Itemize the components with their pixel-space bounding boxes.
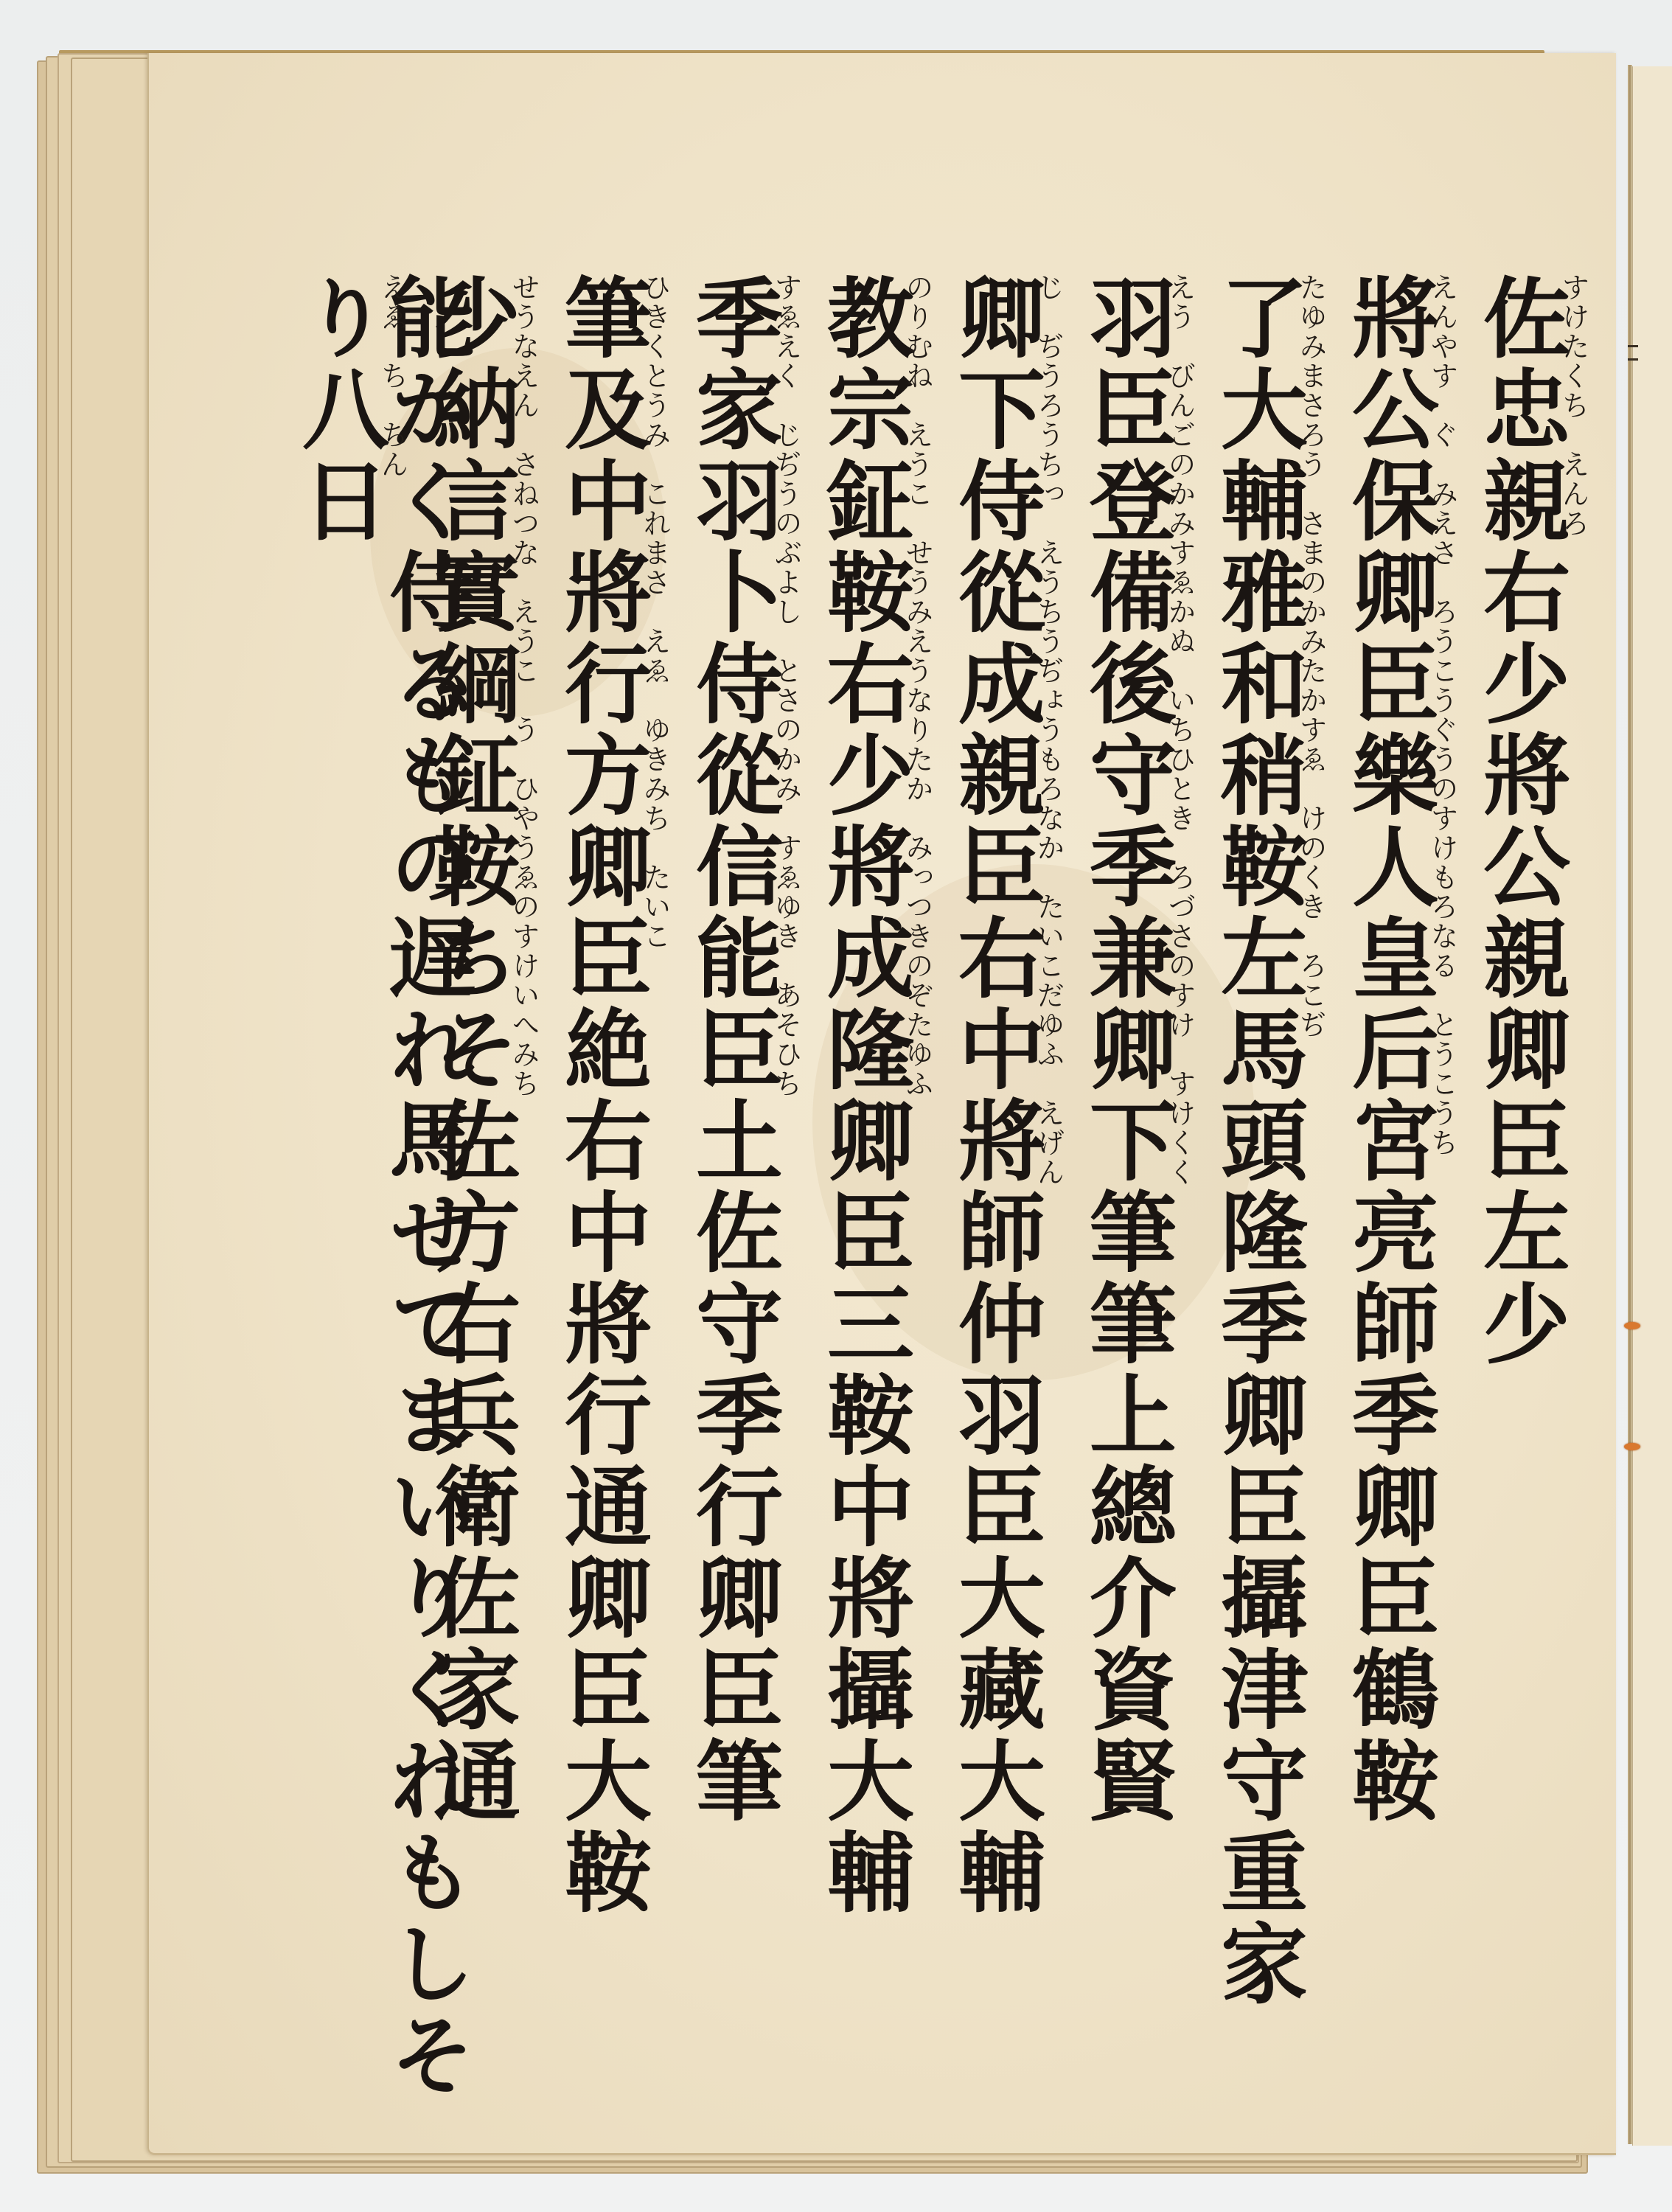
column-furigana: ひきくとうみ これまさ えゑ ゆきみち たいこ (640, 273, 669, 951)
column-furigana: えう びんごのかみすゑかぬ いちひとき ろづさのすけ すけくく (1165, 273, 1194, 1187)
binding-thread-knot (1624, 1322, 1640, 1329)
binding-tick-mark (1628, 345, 1638, 347)
column-furigana: えゑ ち ちん (377, 273, 407, 479)
column-main-text: 佐忠親右少將公親卿臣左少 (1476, 273, 1563, 1370)
text-column-6: 教宗鉦鞍右少將成隆卿臣三鞍中將攝大輔 のりむね えうこ せうみえうなりたか みっ… (805, 273, 936, 2131)
column-furigana: たゆみまさろう さまのかみたかすゑ けのくき ろこぢ (1296, 273, 1326, 1040)
text-column-8: 筆及中將行方卿臣絶右中將行通卿臣大鞍 ひきくとうみ これまさ えゑ ゆきみち た… (543, 273, 674, 2131)
column-main-text: 季家羽卜侍從信能臣土佐守季行卿臣筆 (689, 273, 776, 1827)
column-furigana: えんやす ぐ みえさ ろうこうぐうのすけもろなる とうこうち (1427, 273, 1457, 1158)
text-column-2: 將公保卿臣樂人皇后宮亮師季卿臣鶴鞍 えんやす ぐ みえさ ろうこうぐうのすけもろ… (1330, 273, 1461, 2131)
column-main-text: 筆及中將行方卿臣絶右中將行通卿臣大鞍 (557, 273, 644, 1919)
text-column-1: 佐忠親右少將公親卿臣左少 すけたくち えんろ (1461, 273, 1592, 2131)
column-furigana: じ ぢうろうちっ えうちうぢょうもろなか たいこだゆふ えげん (1034, 273, 1063, 1187)
column-main-text: 教宗鉦鞍右少將成隆卿臣三鞍中將攝大輔 (820, 273, 907, 1919)
column-main-text: 能かく侍るもの遅れ馬せてまいりくれもしそり八日 (295, 273, 469, 2131)
column-main-text: 了大輔雅和稍鞍左馬頭隆季卿臣攝津守重家 (1213, 273, 1300, 2010)
column-furigana: のりむね えうこ せうみえうなりたか みっつきのぞたゆふ (902, 273, 932, 1099)
text-column-7: 季家羽卜侍從信能臣土佐守季行卿臣筆 すゑえく じぢうのぶよし とさのかみ すゑゆ… (674, 273, 805, 2131)
column-main-text: 將公保卿臣樂人皇后宮亮師季卿臣鶴鞍 (1345, 273, 1432, 1827)
facing-page-edge (1632, 66, 1672, 2146)
binding-thread-knot (1624, 1443, 1640, 1450)
text-column-4: 羽臣登備後守季兼卿下筆筆上總介資賢 えう びんごのかみすゑかぬ いちひとき ろづ… (1067, 273, 1199, 2131)
binding-tick-mark (1628, 358, 1638, 361)
text-columns: 佐忠親右少將公親卿臣左少 すけたくち えんろ 將公保卿臣樂人皇后宮亮師季卿臣鶴鞍… (280, 273, 1592, 2131)
text-column-10: 能かく侍るもの遅れ馬せてまいりくれもしそり八日 えゑ ち ちん (280, 273, 411, 2131)
column-furigana: すゑえく じぢうのぶよし とさのかみ すゑゆき あそひち (771, 273, 801, 1099)
column-furigana: せうなえん さねつな えうこ う ひやうゑのすけいへみち (509, 273, 538, 1099)
text-column-3: 了大輔雅和稍鞍左馬頭隆季卿臣攝津守重家 たゆみまさろう さまのかみたかすゑ けの… (1199, 273, 1330, 2131)
column-main-text: 羽臣登備後守季兼卿下筆筆上總介資賢 (1082, 273, 1169, 1827)
column-furigana: すけたくち えんろ (1558, 273, 1588, 538)
text-column-5: 卿下侍從成親臣右中將師仲羽臣大藏大輔 じ ぢうろうちっ えうちうぢょうもろなか … (936, 273, 1067, 2131)
column-main-text: 卿下侍從成親臣右中將師仲羽臣大藏大輔 (951, 273, 1038, 1919)
